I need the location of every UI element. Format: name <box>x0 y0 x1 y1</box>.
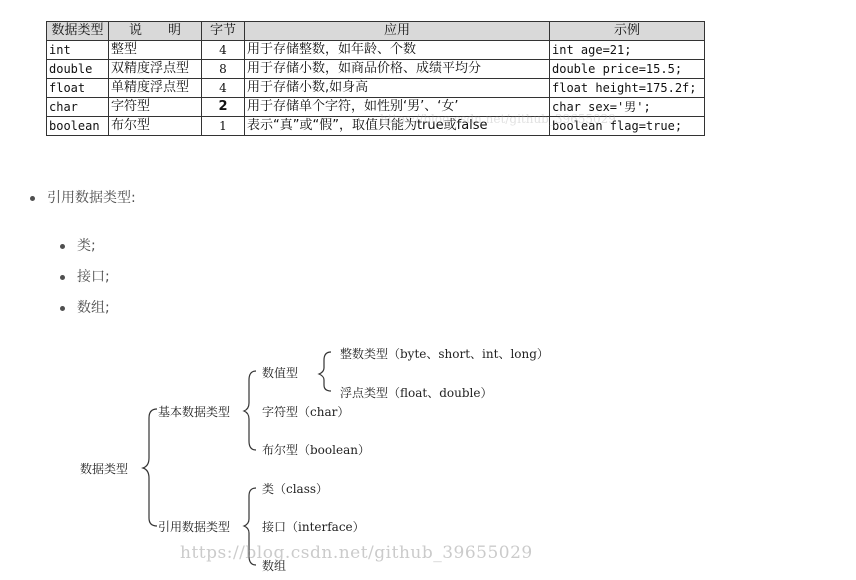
watermark: https://blog.csdn.net/github_39655029 <box>180 543 533 563</box>
node-floating: 浮点类型（float、double） <box>340 384 492 401</box>
node-reference: 引用数据类型 <box>158 518 230 535</box>
node-class: 类（class） <box>262 480 328 497</box>
node-root: 数据类型 <box>80 460 128 477</box>
node-integer: 整数类型（byte、short、int、long） <box>340 345 549 362</box>
node-numeric: 数值型 <box>262 364 298 381</box>
node-interface: 接口（interface） <box>262 518 365 535</box>
node-char: 字符型（char） <box>262 403 349 420</box>
data-type-tree-brackets <box>0 0 856 580</box>
node-basic: 基本数据类型 <box>158 403 230 420</box>
node-boolean: 布尔型（boolean） <box>262 441 370 458</box>
